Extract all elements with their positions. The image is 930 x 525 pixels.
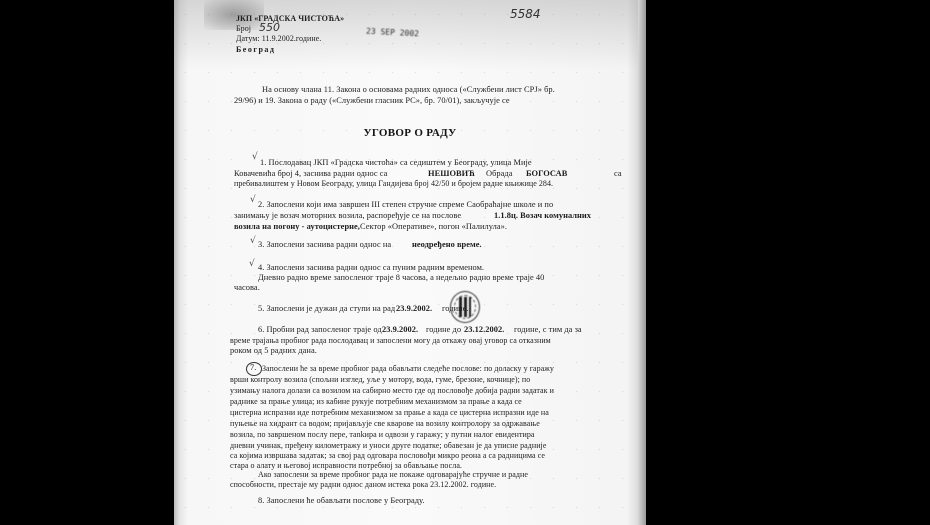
clause-4-line-1: 4. Запослени заснива радни однос са пуни… [258,263,484,274]
document-city: Београд [236,45,275,55]
clause-3-text: 3. Запослени заснива радни однос на [258,240,391,251]
clause-7-line-4: раднике за прање улица; из кабине рукује… [230,397,642,408]
clause-6-line-1-end: године, с тим да за [514,325,582,336]
employee-first-name: БОГОСАВ [526,169,567,180]
clause-4-line-3: часова. [234,283,260,294]
job-position-code: 1.1.8ц. Возач комуналних [494,211,591,222]
job-position-title: возила на погону - аутоцистерне, [234,222,360,233]
employee-surname: НЕШОВИЋ [428,169,475,180]
clause-6-line-3: роком од 5 радних дана. [230,346,317,357]
clause-7-line-6: пуњење на хидрант са водом; пријављује с… [230,419,642,430]
official-seal-stamp [450,291,480,323]
clause-1-line-2: Ковачевића број 4, заснива радни однос с… [234,169,387,180]
archive-number-handwritten: 5584 [510,7,541,21]
clause-2-line-1: 2. Запослени који има завршен III степен… [258,200,638,211]
clause-7-number: 7. [250,363,256,374]
received-date-stamp: 23 SEP 2002 [366,27,419,39]
document-number-label: Број [236,24,251,34]
check-mark-icon: √ [250,195,256,205]
clause-7-line-2: врши контролу возила (спољни изглед, уље… [230,375,642,386]
clause-5-text: 5. Запослени је дужан да ступи на рад [258,304,395,315]
clause-7-line-8: дневни учинак, пређену километражу и уно… [230,441,642,452]
clause-2-line-2: занимању је возач моторних возила, распо… [234,211,461,222]
preamble-line-1: На основу члана 11. Закона о основама ра… [262,85,632,96]
clause-7-line-11: Ако запослени за време пробног рада не п… [258,470,642,481]
clause-1-line-1: 1. Послодавац ЈКП «Градска чистоћа» са с… [260,158,630,169]
clause-6-connector: године до [426,325,461,336]
employment-type: неодређено време. [412,240,482,251]
document-number-handwritten: 550 [259,21,280,34]
clause-1-suffix: са [614,169,622,180]
clause-6-line-2: време трајања пробног рада послодавац и … [230,336,640,347]
document-date: Датум: 11.9.2002.године. [236,34,321,44]
clause-8-text: 8. Запослени ће обављати послове у Беогр… [258,496,425,507]
company-name: ЈКП «ГРАДСКА ЧИСТОЋА» [236,14,344,24]
clause-7-line-7: возила, по завршеном послу пере, тankира… [230,430,642,441]
probation-end-date: 23.12.2002. [464,325,504,336]
clause-7-line-9: са којима извршава задатак; за свој рад … [230,451,642,462]
clause-6-line-1: 6. Пробни рад запосленог траје од [258,325,382,336]
clause-7-line-5: цистерна испразни иде потребним механизм… [230,408,642,419]
probation-start-date: 23.9.2002. [382,325,418,336]
clause-7-line-1: Запослени ће за време пробног рада обављ… [262,364,642,375]
clause-1-line-3: пребивалиштем у Новом Београду, улица Га… [234,179,634,190]
employee-father-name: Обрада [486,169,513,180]
document-title: УГОВОР О РАДУ [174,127,646,139]
start-date: 23.9.2002. [396,304,432,315]
clause-7-line-12: способности, престаје му радни однос дан… [230,480,642,491]
scanned-document-page: ЈКП «ГРАДСКА ЧИСТОЋА» Број 550 Датум: 11… [174,0,646,525]
check-mark-icon: √ [250,236,256,246]
preamble-line-2: 29/96) и 19. Закона о раду («Службени гл… [234,96,614,107]
check-mark-icon: √ [249,259,255,269]
clause-7-line-3: узимању налога долази са возилом на саби… [230,386,642,397]
clause-4-line-2: Дневно радно време запосленог траје 8 ча… [258,273,638,284]
clause-2-line-4: Сектор «Оперативе», погон «Палилула». [360,222,507,233]
check-mark-icon: √ [252,152,258,162]
